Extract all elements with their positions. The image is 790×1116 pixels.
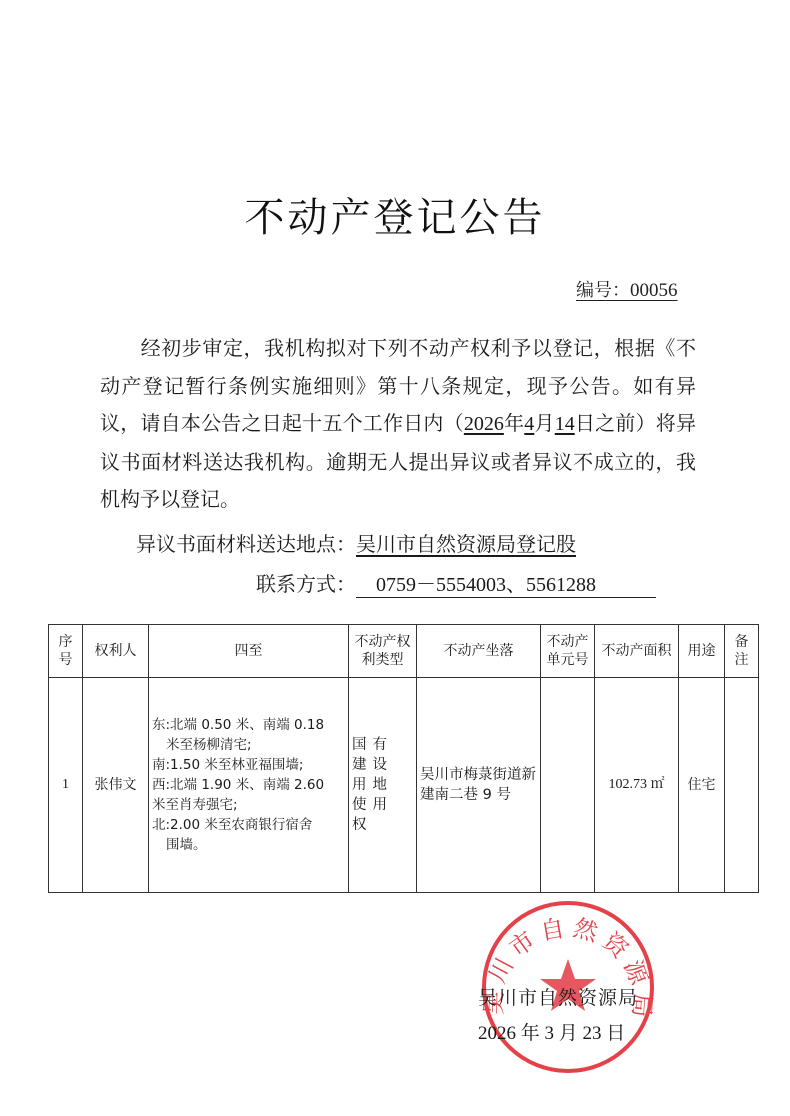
document-number-value: 00056 xyxy=(630,280,678,301)
header-boundaries: 四至 xyxy=(149,625,349,678)
header-area: 不动产面积 xyxy=(595,625,679,678)
header-location: 不动产坐落 xyxy=(417,625,541,678)
document-number-label: 编号： xyxy=(576,280,630,301)
header-unit-line2: 单元号 xyxy=(547,652,589,668)
deadline-day: 14 xyxy=(555,413,575,435)
contact-value: 0759－5554003、5561288 xyxy=(356,573,656,598)
issue-date: 2026 年 3 月 23 日 xyxy=(478,1018,625,1045)
table-header-row: 序号 权利人 四至 不动产权利类型 不动产坐落 不动产单元号 不动产面积 用途 … xyxy=(49,625,759,678)
boundary-north-1: 北:2.00 米至农商银行宿舍 xyxy=(152,815,345,835)
header-unit-no: 不动产单元号 xyxy=(541,625,595,678)
boundary-south: 南:1.50 米至林亚福围墙; xyxy=(152,755,345,775)
cell-area: 102.73 ㎡ xyxy=(595,678,679,893)
cell-owner: 张伟文 xyxy=(83,678,149,893)
boundary-west-2: 米至肖寿强宅; xyxy=(152,795,345,815)
document-number: 编号：00056 xyxy=(576,276,678,302)
header-unit-line1: 不动产 xyxy=(547,634,589,650)
cell-index: 1 xyxy=(49,678,83,893)
cell-boundaries: 东:北端 0.50 米、南端 0.18 米至杨柳清宅; 南:1.50 米至林亚福… xyxy=(149,678,349,893)
cell-unit-no xyxy=(541,678,595,893)
cell-location: 吴川市梅菉街道新建南二巷 9 号 xyxy=(417,678,541,893)
objection-address-label: 异议书面材料送达地点： xyxy=(136,532,356,556)
header-remark: 备注 xyxy=(725,625,759,678)
page-title: 不动产登记公告 xyxy=(0,186,790,243)
objection-address-value: 吴川市自然资源局登记股 xyxy=(356,532,576,556)
issue-day-unit: 日 xyxy=(606,1022,625,1044)
deadline-month: 4 xyxy=(524,413,534,435)
boundary-east-1: 东:北端 0.50 米、南端 0.18 xyxy=(152,715,345,735)
announcement-body: 经初步审定，我机构拟对下列不动产权利予以登记，根据《不动产登记暂行条例实施细则》… xyxy=(100,330,696,519)
month-unit: 月 xyxy=(534,411,554,435)
contact-info: 联系方式：0759－5554003、5561288 xyxy=(256,568,656,598)
header-usage: 用途 xyxy=(679,625,725,678)
header-index: 序号 xyxy=(49,625,83,678)
contact-label: 联系方式： xyxy=(256,572,356,596)
header-right-type-line2: 利类型 xyxy=(362,652,404,668)
issuer-name: 吴川市自然资源局 xyxy=(478,983,638,1010)
objection-address: 异议书面材料送达地点：吴川市自然资源局登记股 xyxy=(136,528,576,557)
cell-remark xyxy=(725,678,759,893)
year-unit: 年 xyxy=(504,411,524,435)
cell-right-type: 国有建设用地使用权 xyxy=(349,678,417,893)
registration-table: 序号 权利人 四至 不动产权利类型 不动产坐落 不动产单元号 不动产面积 用途 … xyxy=(48,624,759,893)
boundary-east-2: 米至杨柳清宅; xyxy=(152,735,345,755)
cell-usage: 住宅 xyxy=(679,678,725,893)
boundary-north-2: 围墙。 xyxy=(152,835,345,855)
issue-month-unit: 月 xyxy=(559,1022,578,1044)
issue-year-unit: 年 xyxy=(521,1022,540,1044)
header-owner: 权利人 xyxy=(83,625,149,678)
issue-month: 3 xyxy=(545,1023,555,1044)
header-right-type: 不动产权利类型 xyxy=(349,625,417,678)
issue-year: 2026 xyxy=(478,1023,516,1044)
issue-day: 23 xyxy=(583,1023,602,1044)
deadline-year: 2026 xyxy=(464,413,504,435)
boundary-west-1: 西:北端 1.90 米、南端 2.60 xyxy=(152,775,345,795)
table-row: 1 张伟文 东:北端 0.50 米、南端 0.18 米至杨柳清宅; 南:1.50… xyxy=(49,678,759,893)
header-right-type-line1: 不动产权 xyxy=(355,634,411,650)
